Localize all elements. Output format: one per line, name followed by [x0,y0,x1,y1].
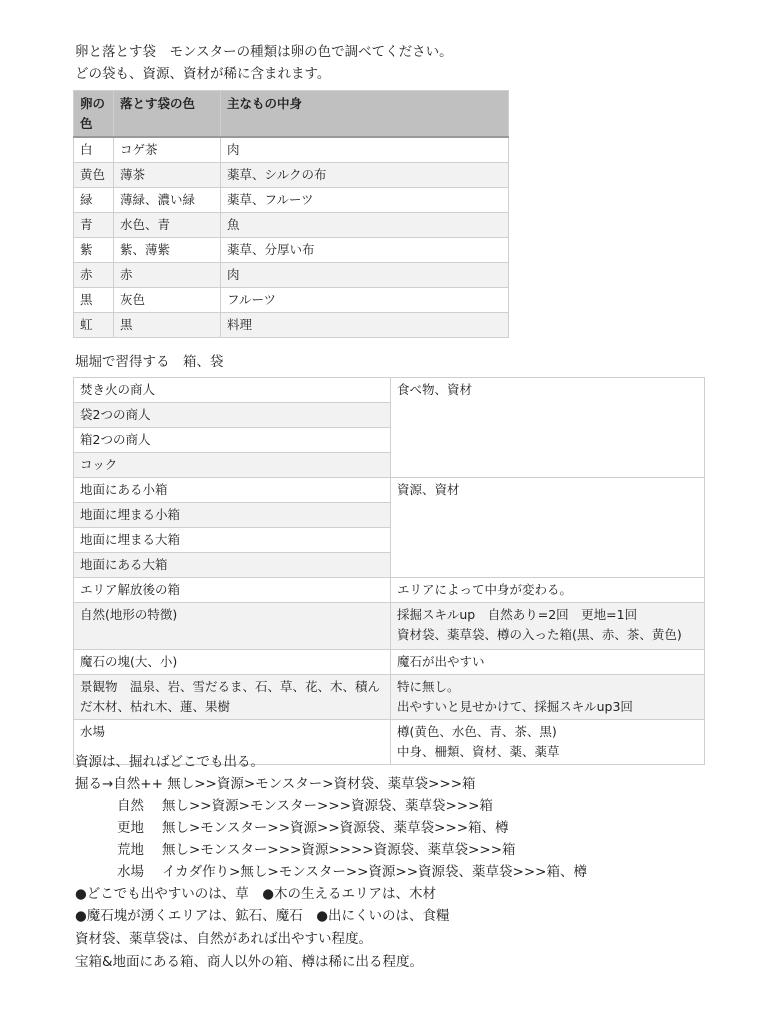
table-row: 赤 赤 肉 [74,263,509,288]
terrain-line: 水場イカダ作り>無し>モンスター>>資源>>資源袋、薬草袋>>>箱、樽 [75,861,587,883]
contents-cell: 料理 [221,313,509,338]
drop-cell: 魔石が出やすい [391,650,705,675]
source-cell: 地面に埋まる大箱 [74,528,391,553]
table-row: 紫 紫、薄紫 薬草、分厚い布 [74,238,509,263]
terrain-line: 荒地無し>モンスター>>>資源>>>>資源袋、薬草袋>>>箱 [75,839,516,861]
drop-cell: 資源、資材 [391,478,705,578]
table-row: 魔石の塊(大、小) 魔石が出やすい [74,650,705,675]
egg-color-cell: 黒 [74,288,114,313]
source-cell: 地面に埋まる小箱 [74,503,391,528]
bag-color-cell: 薄茶 [114,163,221,188]
dig-section-title: 堀堀で習得する 箱、袋 [75,351,224,373]
egg-color-cell: 紫 [74,238,114,263]
table-row: 黄色 薄茶 薬草、シルクの布 [74,163,509,188]
terrain-name: 水場 [117,864,144,880]
source-cell: 袋2つの商人 [74,403,391,428]
egg-color-cell: 白 [74,137,114,163]
header-bag-color: 落とす袋の色 [114,91,221,138]
contents-cell: フルーツ [221,288,509,313]
drop-text-line: 樽(黄色、水色、青、茶、黒) [397,722,698,742]
bag-color-cell: 黒 [114,313,221,338]
table-row: 黒 灰色 フルーツ [74,288,509,313]
table-row: エリア解放後の箱 エリアによって中身が変わる。 [74,578,705,603]
dig-order-head: 掘る→自然++ 無し>>資源>モンスター>資材袋、薬草袋>>>箱 [75,773,476,795]
table-header-row: 卵の色 落とす袋の色 主なもの中身 [74,91,509,138]
bag-color-cell: コゲ茶 [114,137,221,163]
egg-color-cell: 赤 [74,263,114,288]
source-cell: コック [74,453,391,478]
dig-head-label: 掘る→自然++ [75,776,163,792]
terrain-line: 更地無し>モンスター>>資源>>資源袋、薬草袋>>>箱、樽 [75,817,509,839]
header-egg-color: 卵の色 [74,91,114,138]
note-line-b: 宝箱&地面にある箱、商人以外の箱、樽は稀に出る程度。 [75,951,423,973]
table-row: 焚き火の商人 食べ物、資材 [74,378,705,403]
contents-cell: 薬草、分厚い布 [221,238,509,263]
table-row: 景観物 温泉、岩、雪だるま、石、草、花、木、積んだ木材、枯れ木、蓮、果樹 特に無… [74,675,705,720]
egg-bag-table: 卵の色 落とす袋の色 主なもの中身 白 コゲ茶 肉 黄色 薄茶 薬草、シルクの布… [73,90,509,338]
egg-color-cell: 黄色 [74,163,114,188]
drop-cell: 特に無し。 出やすいと見せかけて、採掘スキルup3回 [391,675,705,720]
bullet-note-1: ●どこでも出やすいのは、草 ●木の生えるエリアは、木材 [75,883,436,905]
terrain-name: 更地 [117,820,144,836]
source-cell: 自然(地形の特徴) [74,603,391,650]
drop-text-line: 中身、柵類、資材、薬、薬草 [397,742,698,762]
table-row: 白 コゲ茶 肉 [74,137,509,163]
contents-cell: 薬草、フルーツ [221,188,509,213]
drop-cell: 樽(黄色、水色、青、茶、黒) 中身、柵類、資材、薬、薬草 [391,720,705,765]
intro-line-2: どの袋も、資源、資材が稀に含まれます。 [75,63,330,85]
drop-text-line: 資材袋、薬草袋、樽の入った箱(黒、赤、茶、黄色) [397,625,698,645]
drop-text-line: 出やすいと見せかけて、採掘スキルup3回 [397,697,698,717]
drop-text: 資源、資材 [397,482,460,497]
drop-cell: エリアによって中身が変わる。 [391,578,705,603]
terrain-line: 自然無し>>資源>モンスター>>>資源袋、薬草袋>>>箱 [75,795,493,817]
contents-cell: 魚 [221,213,509,238]
table-row: 緑 薄緑、濃い緑 薬草、フルーツ [74,188,509,213]
bag-color-cell: 灰色 [114,288,221,313]
table-row: 虹 黒 料理 [74,313,509,338]
contents-cell: 肉 [221,137,509,163]
header-contents: 主なもの中身 [221,91,509,138]
terrain-text: イカダ作り>無し>モンスター>>資源>>資源袋、薬草袋>>>箱、樽 [162,864,587,880]
table-row: 自然(地形の特徴) 採掘スキルup 自然あり=2回 更地=1回 資材袋、薬草袋、… [74,603,705,650]
terrain-text: 無し>モンスター>>>資源>>>>資源袋、薬草袋>>>箱 [162,842,516,858]
contents-cell: 肉 [221,263,509,288]
source-cell: エリア解放後の箱 [74,578,391,603]
source-cell: 地面にある小箱 [74,478,391,503]
dig-head-text: 無し>>資源>モンスター>資材袋、薬草袋>>>箱 [167,776,475,792]
source-cell: 地面にある大箱 [74,553,391,578]
source-cell: 箱2つの商人 [74,428,391,453]
source-cell: 景観物 温泉、岩、雪だるま、石、草、花、木、積んだ木材、枯れ木、蓮、果樹 [74,675,391,720]
terrain-name: 自然 [117,798,144,814]
egg-color-cell: 緑 [74,188,114,213]
terrain-name: 荒地 [117,842,144,858]
source-cell: 焚き火の商人 [74,378,391,403]
note-line-a: 資材袋、薬草袋は、自然があれば出やすい程度。 [75,928,372,950]
drop-cell: 採掘スキルup 自然あり=2回 更地=1回 資材袋、薬草袋、樽の入った箱(黒、赤… [391,603,705,650]
contents-cell: 薬草、シルクの布 [221,163,509,188]
resources-note: 資源は、掘ればどこでも出る。 [75,751,264,773]
terrain-text: 無し>モンスター>>資源>>資源袋、薬草袋>>>箱、樽 [162,820,509,836]
bullet-note-2: ●魔石塊が湧くエリアは、鉱石、魔石 ●出にくいのは、食糧 [75,905,450,927]
dig-source-table: 焚き火の商人 食べ物、資材 袋2つの商人 箱2つの商人 コック 地面にある小箱 … [73,377,705,765]
egg-color-cell: 虹 [74,313,114,338]
table-row: 地面にある小箱 資源、資材 [74,478,705,503]
bag-color-cell: 水色、青 [114,213,221,238]
table-row: 青 水色、青 魚 [74,213,509,238]
drop-text-line: 採掘スキルup 自然あり=2回 更地=1回 [397,605,698,625]
egg-color-cell: 青 [74,213,114,238]
drop-text: 食べ物、資材 [397,382,472,397]
intro-line-1: 卵と落とす袋 モンスターの種類は卵の色で調べてください。 [75,41,453,63]
bag-color-cell: 紫、薄紫 [114,238,221,263]
bag-color-cell: 薄緑、濃い緑 [114,188,221,213]
drop-cell: 食べ物、資材 [391,378,705,478]
bag-color-cell: 赤 [114,263,221,288]
source-cell: 魔石の塊(大、小) [74,650,391,675]
terrain-text: 無し>>資源>モンスター>>>資源袋、薬草袋>>>箱 [162,798,493,814]
drop-text-line: 特に無し。 [397,677,698,697]
